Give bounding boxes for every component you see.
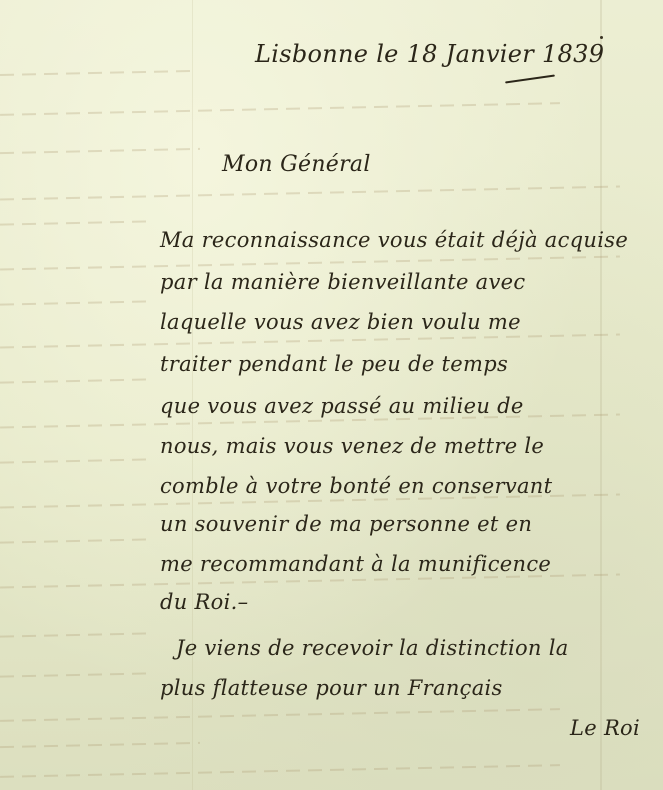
- bleed-through-line: [0, 742, 200, 748]
- letter-body-line: Ma reconnaissance vous était déjà acquis…: [160, 228, 628, 252]
- bleed-through-line: [0, 220, 150, 225]
- bleed-through-line: [0, 378, 150, 383]
- letter-body-line: un souvenir de ma personne et en: [160, 512, 532, 536]
- letter-closing: Le Roi: [570, 716, 640, 740]
- letter-body-line: me recommandant à la munificence: [160, 552, 551, 576]
- letter-body-line: que vous avez passé au milieu de: [160, 394, 524, 418]
- bleed-through-line: [0, 148, 200, 154]
- bleed-through-line: [0, 708, 560, 722]
- bleed-through-line: [0, 300, 150, 305]
- bleed-through-line: [0, 538, 150, 543]
- letter-body-line: laquelle vous avez bien voulu me: [160, 310, 521, 334]
- letter-body-line: par la manière bienveillante avec: [160, 270, 525, 294]
- bleed-through-line: [0, 764, 560, 778]
- bleed-through-line: [0, 672, 150, 677]
- ink-spot: [600, 36, 603, 39]
- letter-paper: Lisbonne le 18 Janvier 1839 Mon Général …: [0, 0, 663, 790]
- letter-body-line: traiter pendant le peu de temps: [160, 352, 508, 376]
- bleed-through-line: [0, 458, 150, 463]
- bleed-through-line: [0, 102, 560, 116]
- letter-body-line: Je viens de recevoir la distinction la: [176, 636, 569, 660]
- letter-body-line: nous, mais vous venez de mettre le: [160, 434, 544, 458]
- bleed-through-line: [0, 256, 620, 271]
- letter-body-line: du Roi.–: [160, 590, 248, 614]
- dateline-flourish: [505, 75, 555, 84]
- letter-salutation: Mon Général: [222, 152, 371, 177]
- paper-fold-line: [600, 0, 602, 790]
- bleed-through-line: [0, 632, 150, 637]
- letter-body-line: comble à votre bonté en conservant: [160, 474, 552, 498]
- bleed-through-line: [0, 70, 190, 76]
- bleed-through-line: [0, 186, 620, 201]
- bleed-through-line: [0, 334, 620, 349]
- letter-body-line: plus flatteuse pour un Français: [160, 676, 503, 700]
- letter-dateline: Lisbonne le 18 Janvier 1839: [255, 40, 604, 68]
